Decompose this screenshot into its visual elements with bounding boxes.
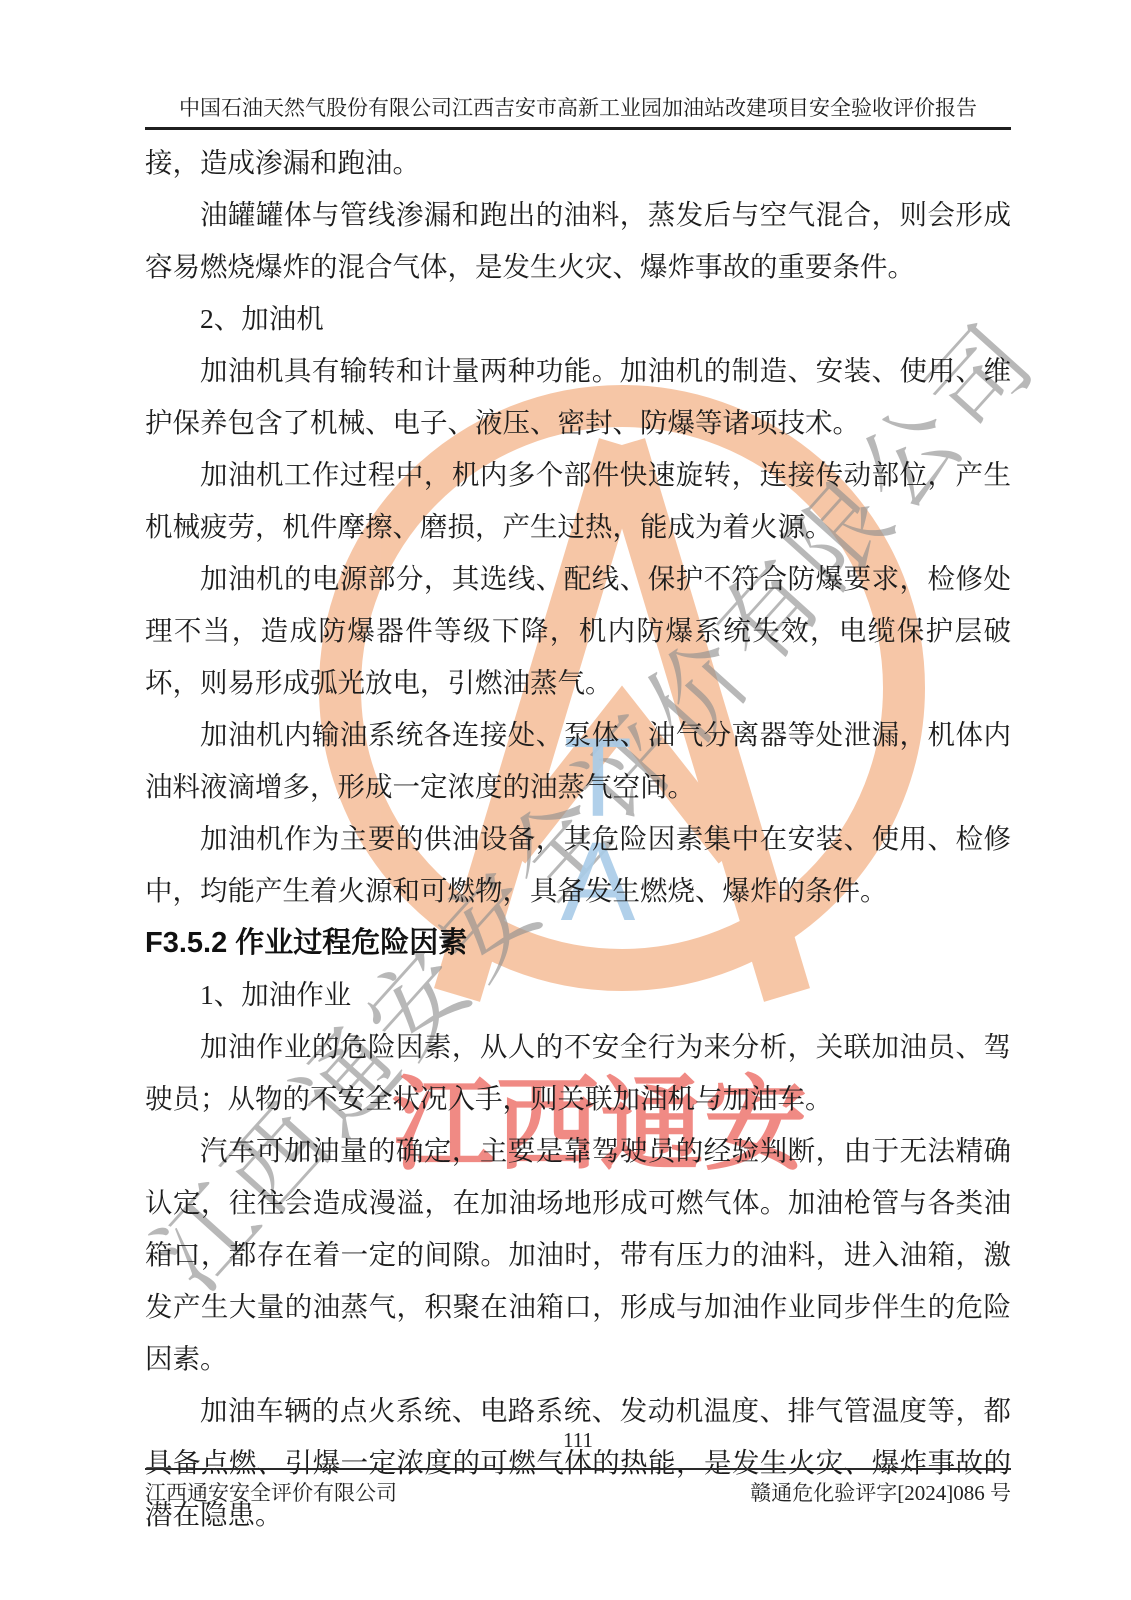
paragraph: 加油机作为主要的供油设备，其危险因素集中在安装、使用、检修中，均能产生着火源和可…: [145, 813, 1011, 917]
paragraph: 加油机内输油系统各连接处、泵体、油气分离器等处泄漏，机体内油料液滴增多，形成一定…: [145, 709, 1011, 813]
paragraph: 加油机的电源部分，其选线、配线、保护不符合防爆要求，检修处理不当，造成防爆器件等…: [145, 553, 1011, 709]
paragraph: 加油机具有输转和计量两种功能。加油机的制造、安装、使用、维护保养包含了机械、电子…: [145, 345, 1011, 449]
paragraph: 加油作业的危险因素，从人的不安全行为来分析，关联加油员、驾驶员；从物的不安全状况…: [145, 1021, 1011, 1125]
footer-company: 江西通安安全评价有限公司: [145, 1477, 397, 1507]
paragraph: 油罐罐体与管线渗漏和跑出的油料，蒸发后与空气混合，则会形成容易燃烧爆炸的混合气体…: [145, 189, 1011, 293]
document-page: 江西通安安全评价有限公司 TA 江西通安 中国石油天然气股份有限公司江西吉安市高…: [0, 0, 1131, 1600]
document-body: 接，造成渗漏和跑油。油罐罐体与管线渗漏和跑出的油料，蒸发后与空气混合，则会形成容…: [145, 137, 1011, 1541]
paragraph: 汽车可加油量的确定，主要是靠驾驶员的经验判断，由于无法精确认定，往往会造成漫溢，…: [145, 1125, 1011, 1385]
paragraph: F3.5.2 作业过程危险因素: [145, 917, 1011, 969]
page-content: 中国石油天然气股份有限公司江西吉安市高新工业园加油站改建项目安全验收评价报告 接…: [0, 0, 1131, 1600]
paragraph: 加油机工作过程中，机内多个部件快速旋转，连接传动部位，产生机械疲劳，机件摩擦、磨…: [145, 449, 1011, 553]
page-footer: 江西通安安全评价有限公司 赣通危化验评字[2024]086 号: [145, 1477, 1011, 1507]
paragraph: 2、加油机: [145, 293, 1011, 345]
page-header-title: 中国石油天然气股份有限公司江西吉安市高新工业园加油站改建项目安全验收评价报告: [145, 94, 1011, 130]
footer-doc-number: 赣通危化验评字[2024]086 号: [750, 1477, 1011, 1507]
paragraph: 1、加油作业: [145, 969, 1011, 1021]
footer-divider: [145, 1468, 1011, 1470]
page-number: 111: [145, 1428, 1011, 1453]
paragraph: 接，造成渗漏和跑油。: [145, 137, 1011, 189]
paragraph: 加油车辆的点火系统、电路系统、发动机温度、排气管温度等，都具备点燃、引爆一定浓度…: [145, 1385, 1011, 1541]
